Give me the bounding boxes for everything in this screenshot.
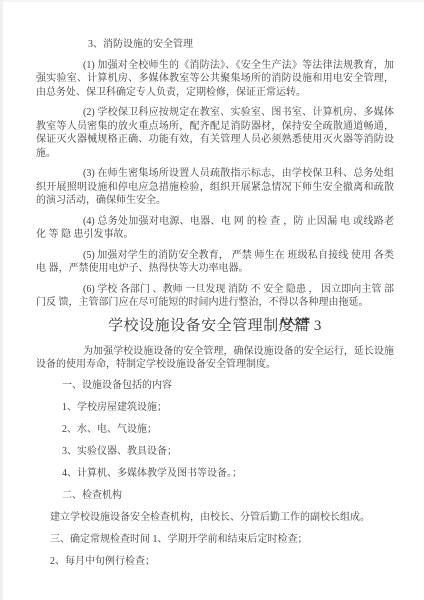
fire-safety-section-heading: 3、消防设施的安全管理 (88, 38, 394, 52)
equipment-item-2: 2、水、电、气设施； (62, 423, 394, 437)
fire-safety-paragraph-3: (3) 在师生密集场所设置人员疏散指示标志，由学校保卫科、总务处组织开展照明设施… (36, 167, 394, 208)
fire-safety-paragraph-1: (1) 加强对全校师生的《消防法》、《安全生产法》等法律法规教育，加强实验室、计… (36, 59, 394, 100)
section-one-heading: 一、设施设备包括的内容 (62, 379, 394, 393)
equipment-item-3: 3、实验仪器、教具设备； (62, 445, 394, 459)
document-page: 3、消防设施的安全管理 (1) 加强对全校师生的《消防法》、《安全生产法》等法律… (0, 0, 424, 600)
page-title: 学校设施设备安全管理制度篇 3 人人文库 (36, 317, 394, 335)
fire-safety-paragraph-4: (4) 总务处加强对电源、电器、电 网 的检 查 ，防 止因漏 电 或线路老化 … (36, 215, 394, 242)
equipment-item-4: 4、计算机、多媒体教学及图书等设备。； (62, 467, 394, 481)
section-three-heading: 三、确定常规检查时间 1、学期开学前和结束后定时检查； (50, 533, 394, 547)
monthly-inspection-item: 2、每月中旬例行检查； (50, 555, 394, 569)
fire-safety-paragraph-5: (5) 加强对学生的消防安全教育， 严禁 师生在 班级私自接线 使用 各类 电 … (36, 249, 394, 276)
fire-safety-paragraph-2: (2) 学校保卫科应按规定在教室、实验室、图书室、计算机房、多媒体教室等人员密集… (36, 106, 394, 160)
inspection-body-line: 建立学校设施设备安全检查机构，由校长、分管后勤工作的副校长组成。 (50, 511, 394, 525)
equipment-item-1: 1、学校房屋建筑设施； (62, 401, 394, 415)
section-two-heading: 二、检查机构 (62, 489, 394, 503)
watermark-text: 人人文库 (279, 312, 309, 329)
fire-safety-paragraph-6: (6) 学校 各部门 、教师 一旦发现 消防 不 安全 隐患 ， 因立即向主管 … (36, 283, 394, 310)
intro-paragraph: 为加强学校设施设备的安全管理，确保设施设备的安全运行，延长设施设备的使用寿命，特… (36, 345, 394, 372)
